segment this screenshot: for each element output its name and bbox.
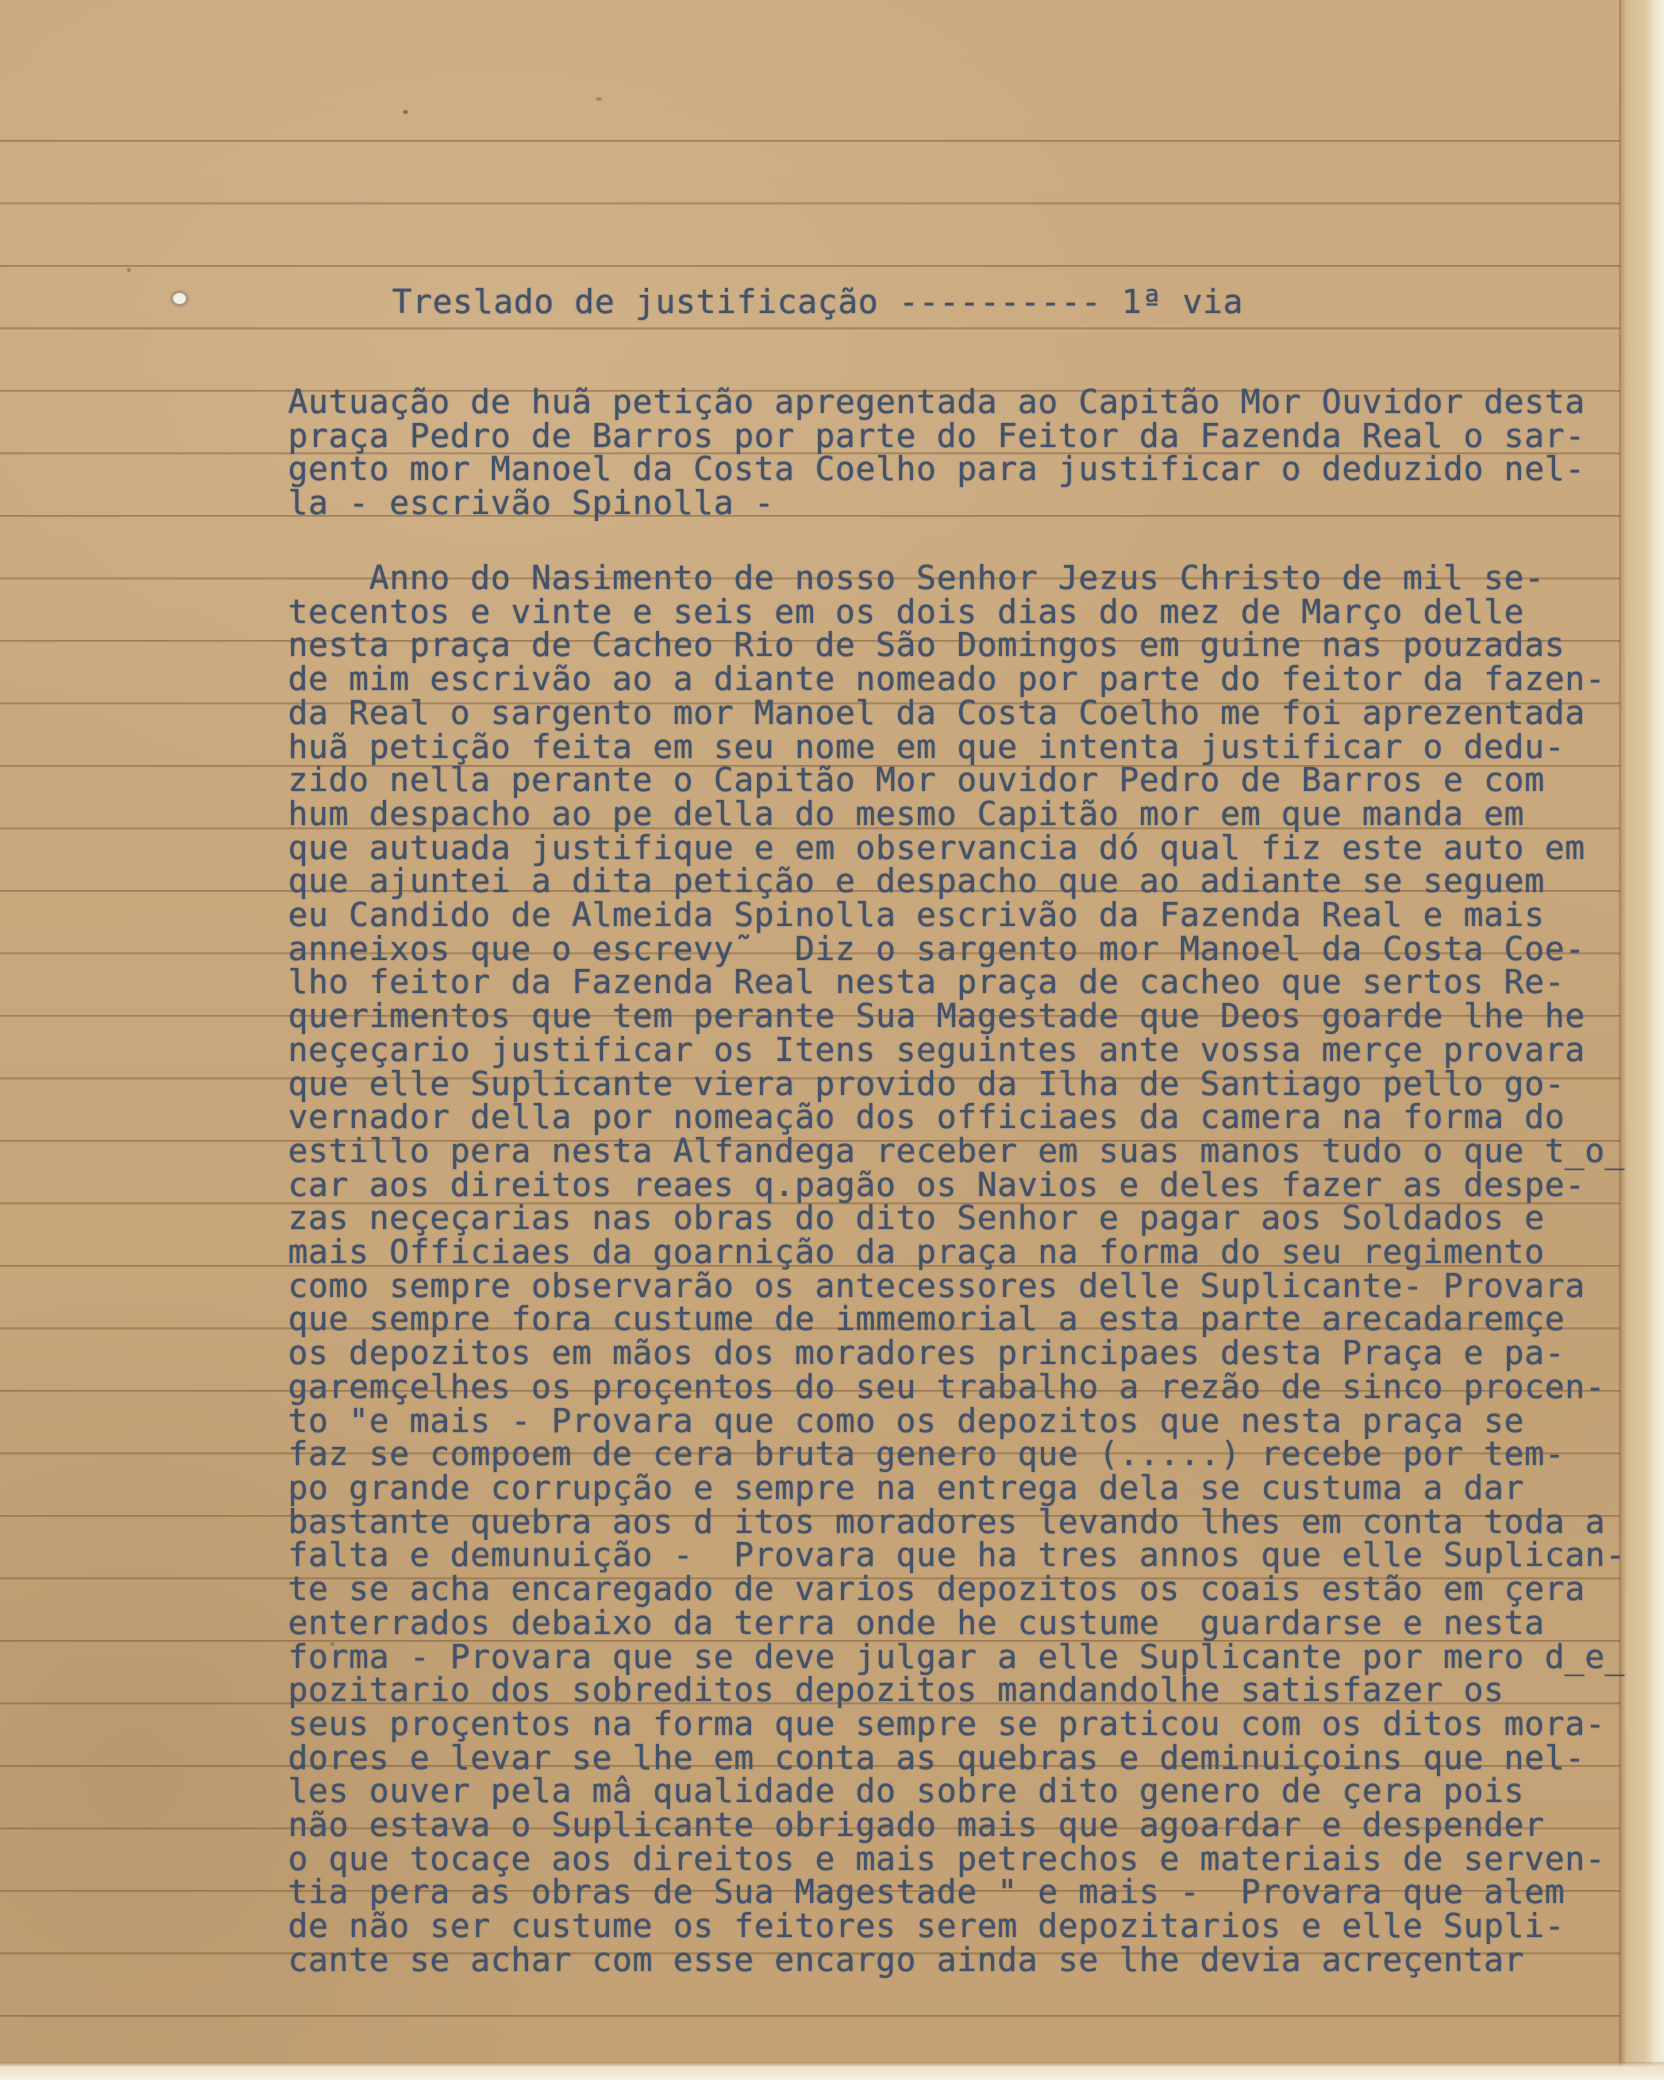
paper-speck — [596, 97, 602, 101]
text-line: que sempre fora custume de immemorial a … — [288, 1302, 1626, 1336]
text-line: lho feitor da Fazenda Real nesta praça d… — [288, 965, 1626, 999]
paper-speck — [127, 268, 131, 272]
text-line: tecentos e vinte e seis em os dois dias … — [288, 595, 1626, 629]
page-right-edge — [1619, 0, 1664, 2080]
text-line: de mim escrivão ao a diante nomeado por … — [288, 662, 1626, 696]
text-line: de não ser custume os feitores serem dep… — [288, 1909, 1626, 1943]
text-line: gento mor Manoel da Costa Coelho para ju… — [288, 452, 1585, 486]
document-page: Treslado de justificação ---------- 1ª v… — [0, 0, 1664, 2080]
text-line: Anno do Nasimento de nosso Senhor Jezus … — [288, 561, 1626, 595]
text-line: estillo pera nesta Alfandega receber em … — [288, 1134, 1626, 1168]
text-line: to "e mais - Provara que como os depozit… — [288, 1404, 1626, 1438]
page-bottom-edge — [0, 2062, 1664, 2080]
text-line: o que tocaçe aos direitos e mais petrech… — [288, 1842, 1626, 1876]
body-paragraph: Anno do Nasimento de nosso Senhor Jezus … — [288, 561, 1626, 1977]
text-line: te se acha encaregado de varios depozito… — [288, 1572, 1626, 1606]
text-line: querimentos que tem perante Sua Magestad… — [288, 999, 1626, 1033]
text-line: cante se achar com esse encargo ainda se… — [288, 1943, 1626, 1977]
text-line: que autuada justifique e em observancia … — [288, 831, 1626, 865]
text-line: forma - Provara que se deve julgar a ell… — [288, 1640, 1626, 1674]
text-line: praça Pedro de Barros por parte do Feito… — [288, 419, 1585, 453]
text-line: pozitario dos sobreditos depozitos manda… — [288, 1673, 1626, 1707]
text-line: les ouver pela mâ qualidade do sobre dit… — [288, 1774, 1626, 1808]
text-line: como sempre observarão os antecessores d… — [288, 1269, 1626, 1303]
text-line: la - escrivão Spinolla - — [288, 486, 1585, 520]
text-line: que ajuntei a dita petição e despacho qu… — [288, 864, 1626, 898]
text-line: eu Candido de Almeida Spinolla escrivão … — [288, 898, 1626, 932]
intro-paragraph: Autuação de huã petição apregentada ao C… — [288, 385, 1585, 520]
text-line: tia pera as obras de Sua Magestade " e m… — [288, 1875, 1626, 1909]
paper-speck — [171, 291, 188, 306]
text-line: nesta praça de Cacheo Rio de São Domingo… — [288, 628, 1626, 662]
text-line: zido nella perante o Capitão Mor ouvidor… — [288, 763, 1626, 797]
text-line: seus proçentos na forma que sempre se pr… — [288, 1707, 1626, 1741]
page-title: Treslado de justificação ---------- 1ª v… — [392, 285, 1243, 319]
text-line: dores e levar se lhe em conta as quebras… — [288, 1741, 1626, 1775]
text-line: anneixos que o escrevy˜ Diz o sargento m… — [288, 932, 1626, 966]
text-line: os depozitos em mãos dos moradores princ… — [288, 1336, 1626, 1370]
text-line: huã petição feita em seu nome em que int… — [288, 730, 1626, 764]
text-line: garemçelhes os proçentos do seu trabalho… — [288, 1370, 1626, 1404]
text-line: neçeçario justificar os Itens seguintes … — [288, 1033, 1626, 1067]
paper-speck — [403, 110, 408, 114]
text-line: mais Officiaes da goarnição da praça na … — [288, 1235, 1626, 1269]
text-line: hum despacho ao pe della do mesmo Capitã… — [288, 797, 1626, 831]
text-line: da Real o sargento mor Manoel da Costa C… — [288, 696, 1626, 730]
text-line: Autuação de huã petição apregentada ao C… — [288, 385, 1585, 419]
text-line: car aos direitos reaes q.pagão os Navios… — [288, 1168, 1626, 1202]
text-line: enterrados debaixo da terra onde he cust… — [288, 1606, 1626, 1640]
text-line: não estava o Suplicante obrigado mais qu… — [288, 1808, 1626, 1842]
text-line: bastante quebra aos d itos moradores lev… — [288, 1505, 1626, 1539]
text-line: que elle Suplicante viera provido da Ilh… — [288, 1067, 1626, 1101]
text-line: falta e demunuição - Provara que ha tres… — [288, 1538, 1626, 1572]
text-line: zas neçeçarias nas obras do dito Senhor … — [288, 1201, 1626, 1235]
text-line: faz se compoem de cera bruta genero que … — [288, 1437, 1626, 1471]
text-line: vernador della por nomeação dos officiae… — [288, 1100, 1626, 1134]
text-line: po grande corrupção e sempre na entrega … — [288, 1471, 1626, 1505]
